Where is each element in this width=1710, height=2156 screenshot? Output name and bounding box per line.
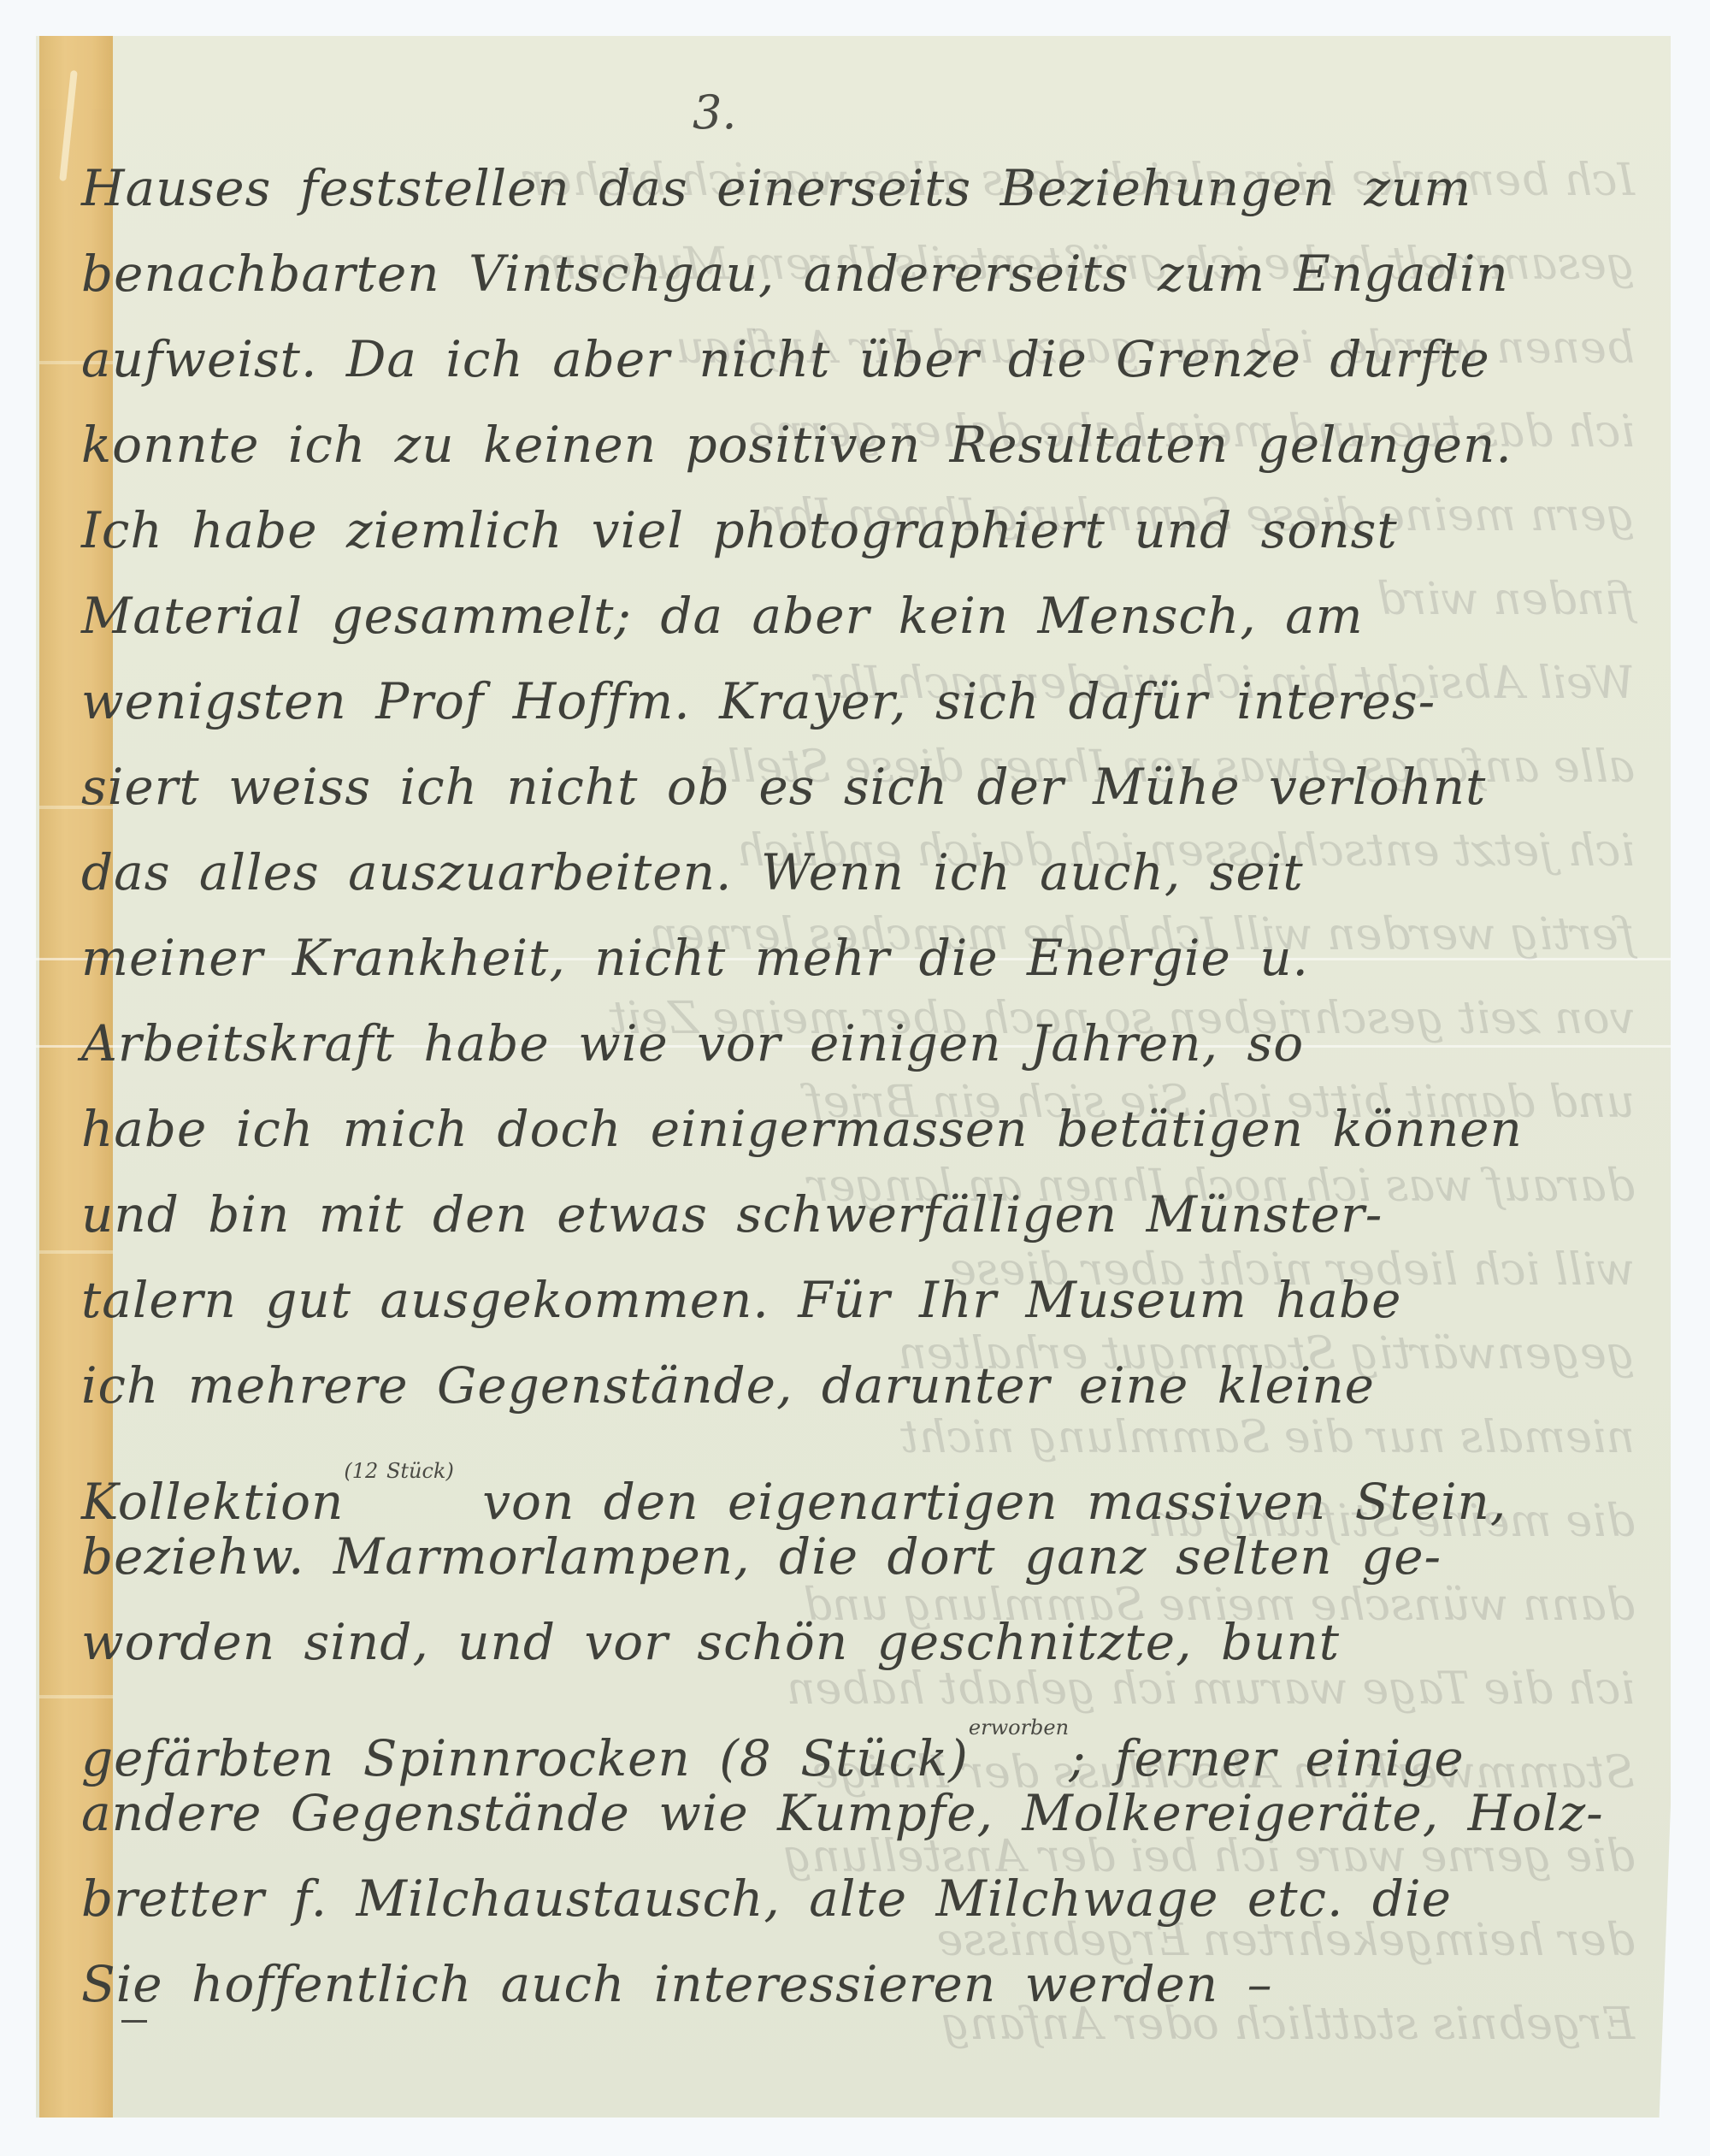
text-line: bretter f. Milchaustausch, alte Milchwag… (81, 1856, 1620, 1941)
text-line: Arbeitskraft habe wie vor einigen Jahren… (81, 1001, 1620, 1086)
text-line: Material gesammelt; da aber kein Mensch,… (81, 573, 1620, 659)
text-line: worden sind, und vor schön geschnitzte, … (81, 1599, 1620, 1685)
text-line: wenigsten Prof Hoffm. Krayer, sich dafür… (81, 659, 1620, 744)
text-line-with-insertion: gefärbten Spinnrocken (8 Stück)erworben;… (81, 1685, 1620, 1770)
text-line: das alles auszuarbeiten. Wenn ich auch, … (81, 830, 1620, 915)
letter-body: Hauses feststellen das einerseits Bezieh… (81, 145, 1620, 2027)
text-line: Sie hoffentlich auch interessieren werde… (81, 1941, 1620, 2027)
interlinear-insertion: (12 Stück) (344, 1459, 453, 1483)
text-line: siert weiss ich nicht ob es sich der Müh… (81, 744, 1620, 830)
page-number: 3. (693, 86, 737, 139)
text-line: benachbarten Vintschgau, andererseits zu… (81, 231, 1620, 316)
text-line-with-insertion: Kollektion(12 Stück) von den eigenartige… (81, 1428, 1620, 1514)
text-line: habe ich mich doch einigermassen betätig… (81, 1086, 1620, 1172)
text-line: und bin mit den etwas schwerfälligen Mün… (81, 1172, 1620, 1257)
text-line: Ich habe ziemlich viel photographiert un… (81, 487, 1620, 573)
interlinear-insertion: erworben (969, 1716, 1069, 1740)
text-line: konnte ich zu keinen positiven Resultate… (81, 402, 1620, 487)
text-line: talern gut ausgekommen. Für Ihr Museum h… (81, 1257, 1620, 1343)
text-line: aufweist. Da ich aber nicht über die Gre… (81, 316, 1620, 402)
text-line: beziehw. Marmorlampen, die dort ganz sel… (81, 1514, 1620, 1599)
text-line: Hauses feststellen das einerseits Bezieh… (81, 145, 1620, 231)
text-line: andere Gegenstände wie Kumpfe, Molkereig… (81, 1770, 1620, 1856)
text-line: meiner Krankheit, nicht mehr die Energie… (81, 915, 1620, 1001)
text-line: ich mehrere Gegenstände, darunter eine k… (81, 1343, 1620, 1428)
